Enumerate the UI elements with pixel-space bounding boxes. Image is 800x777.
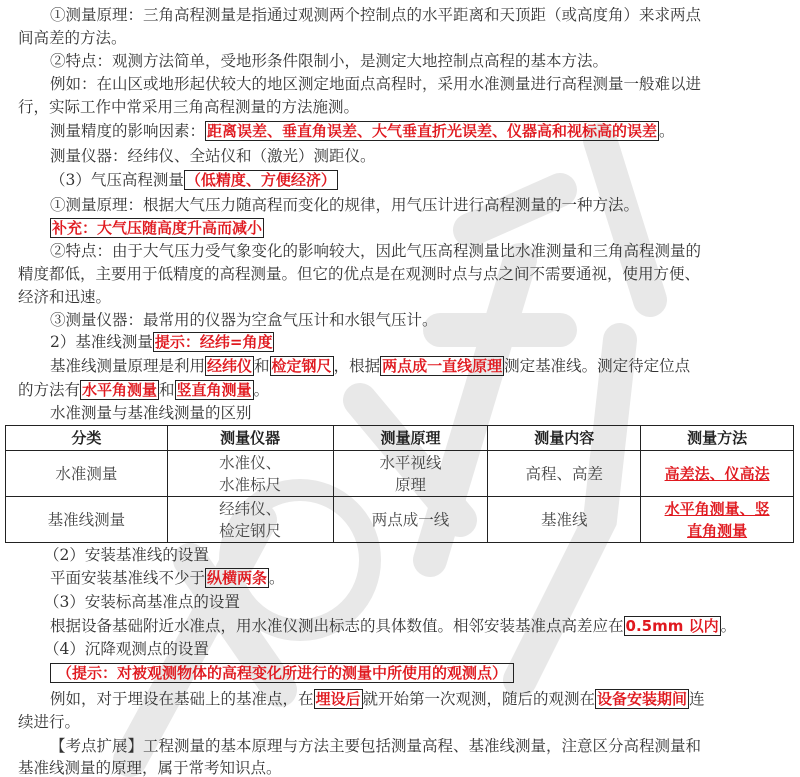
- document-page: ①测量原理：三角高程测量是指通过观测两个控制点的水平距离和天顶距（或高度角）来求…: [0, 0, 800, 777]
- text: 的方法有: [18, 381, 80, 399]
- cell-content: 高程、高差: [488, 451, 641, 497]
- settlement-hint: （提示：对被观测物体的高程变化所进行的测量中所使用的观测点）: [0, 662, 800, 684]
- paragraph-trig-example: 例如：在山区或地形起伏较大的地区测定地面点高程时，采用水准测量进行高程测量一般难…: [0, 73, 800, 95]
- paragraph-trig-principle-cont: 间高差的方法。: [0, 27, 800, 49]
- highlight-install-period: 设备安装期间: [595, 689, 689, 709]
- cell-principle: 水平视线原理: [333, 451, 488, 497]
- highlight-steel-tape: 检定钢尺: [270, 356, 334, 376]
- baseline-hint: 提示：经纬=角度: [153, 332, 275, 352]
- paragraph-settlement-example-cont: 续进行。: [0, 711, 800, 733]
- cell-line: 水平视线: [338, 452, 484, 474]
- text: 和: [254, 357, 270, 375]
- highlight-two-points-line: 两点成一直线原理: [380, 356, 504, 376]
- paragraph-trig-instruments: 测量仪器：经纬仪、全站仪和（激光）测距仪。: [0, 145, 800, 167]
- cell-instrument: 经纬仪、检定钢尺: [167, 497, 333, 543]
- heading-barometric: （3）气压高程测量（低精度、方便经济）: [0, 169, 800, 191]
- cell-type: 水准测量: [6, 451, 168, 497]
- highlight-theodolite: 经纬仪: [205, 356, 254, 376]
- text: 。: [721, 617, 737, 635]
- supplement-note: 补充：大气压随高度升高而减小: [0, 217, 800, 239]
- text: 基准线测量原理是利用: [50, 357, 205, 375]
- paragraph-baseline-methods: 的方法有水平角测量和竖直角测量。: [0, 379, 800, 401]
- cell-line: 检定钢尺: [172, 520, 329, 542]
- paragraph-elevation-benchmark: 根据设备基础附近水准点，用水准仪测出标志的具体数值。相邻安装基准点高差应在0.5…: [0, 615, 800, 637]
- paragraph-barometric-features-end: 经济和迅速。: [0, 286, 800, 308]
- text: ，根据: [334, 357, 381, 375]
- cell-method: 高差法、仪高法: [641, 451, 794, 497]
- cell-line: 水准标尺: [172, 474, 329, 496]
- comparison-table: 分类 测量仪器 测量原理 测量内容 测量方法 水准测量 水准仪、水准标尺 水平视…: [5, 425, 794, 543]
- cell-line: 水准仪、: [172, 452, 329, 474]
- highlight-after-burying: 埋设后: [314, 689, 363, 709]
- text: 。: [254, 381, 270, 399]
- heading-elevation-benchmark: （3）安装标高基准点的设置: [0, 591, 800, 613]
- precision-highlight: 距离误差、垂直角误差、大气垂直折光误差、仪器高和视标高的误差: [205, 121, 659, 141]
- table-row: 水准测量 水准仪、水准标尺 水平视线原理 高程、高差 高差法、仪高法: [6, 451, 794, 497]
- heading-barometric-title: （3）气压高程测量: [50, 171, 184, 189]
- header-content: 测量内容: [488, 426, 641, 451]
- paragraph-install-baseline: 平面安装基准线不少于纵横两条。: [0, 567, 800, 589]
- header-instrument: 测量仪器: [167, 426, 333, 451]
- precision-label: 测量精度的影响因素：: [50, 122, 205, 140]
- paragraph-precision-factors: 测量精度的影响因素：距离误差、垂直角误差、大气垂直折光误差、仪器高和视标高的误差…: [0, 120, 800, 142]
- paragraph-barometric-features: ②特点：由于大气压力受气象变化的影响较大，因此气压高程测量比水准测量和三角高程测…: [0, 240, 800, 262]
- text: 连: [689, 690, 705, 708]
- cell-principle: 两点成一线: [333, 497, 488, 543]
- text: 和: [159, 381, 175, 399]
- settlement-hint-box: （提示：对被观测物体的高程变化所进行的测量中所使用的观测点）: [50, 663, 514, 683]
- text: 就开始第一次观测，随后的观测在: [363, 690, 596, 708]
- table-header-row: 分类 测量仪器 测量原理 测量内容 测量方法: [6, 426, 794, 451]
- table-row: 基准线测量 经纬仪、检定钢尺 两点成一线 基准线 水平角测量、竖直角测量: [6, 497, 794, 543]
- paragraph-barometric-features-cont: 精度都低，主要用于低精度的高程测量。但它的优点是在观测时点与点之间不需要通视，使…: [0, 263, 800, 285]
- paragraph-trig-features: ②特点：观测方法简单，受地形条件限制小，是测定大地控制点高程的基本方法。: [0, 50, 800, 72]
- paragraph-exam-extension-cont: 基准线测量的原理，属于常考知识点。: [0, 757, 800, 777]
- paragraph-trig-principle: ①测量原理：三角高程测量是指通过观测两个控制点的水平距离和天顶距（或高度角）来求…: [0, 4, 800, 26]
- paragraph-settlement-example: 例如，对于埋设在基础上的基准点，在埋设后就开始第一次观测，随后的观测在设备安装期…: [0, 688, 800, 710]
- paragraph-trig-example-cont: 行，实际工作中常采用三角高程测量的方法施测。: [0, 96, 800, 118]
- paragraph-barometric-instruments: ③测量仪器：最常用的仪器为空盒气压计和水银气压计。: [0, 309, 800, 331]
- header-type: 分类: [6, 426, 168, 451]
- paragraph-barometric-principle: ①测量原理：根据大气压力随高程而变化的规律，用气压计进行高程测量的一种方法。: [0, 194, 800, 216]
- heading-settlement-points: （4）沉降观测点的设置: [0, 638, 800, 660]
- highlight-horizontal-angle: 水平角测量: [80, 380, 159, 400]
- header-principle: 测量原理: [333, 426, 488, 451]
- text: 。: [269, 569, 285, 587]
- heading-install-baseline: （2）安装基准线的设置: [0, 544, 800, 566]
- text: 测定基准线。测定待定位点: [504, 357, 690, 375]
- cell-line: 原理: [338, 474, 484, 496]
- cell-line: 直角测量: [645, 520, 789, 542]
- text: 例如，对于埋设在基础上的基准点，在: [50, 690, 314, 708]
- highlight-two-lines: 纵横两条: [205, 568, 269, 588]
- cell-line: 高差法、仪高法: [645, 463, 789, 485]
- text: 平面安装基准线不少于: [50, 569, 205, 587]
- cell-line: 水平角测量、竖: [645, 498, 789, 520]
- text: 根据设备基础附近水准点，用水准仪测出标志的具体数值。相邻安装基准点高差应在: [50, 617, 624, 635]
- cell-content: 基准线: [488, 497, 641, 543]
- cell-type: 基准线测量: [6, 497, 168, 543]
- highlight-vertical-angle: 竖直角测量: [175, 380, 254, 400]
- paragraph-exam-extension: 【考点扩展】工程测量的基本原理与方法主要包括测量高程、基准线测量，注意区分高程测…: [0, 735, 800, 757]
- header-method: 测量方法: [641, 426, 794, 451]
- cell-method: 水平角测量、竖直角测量: [641, 497, 794, 543]
- cell-line: 经纬仪、: [172, 498, 329, 520]
- table-caption: 水准测量与基准线测量的区别: [0, 402, 800, 424]
- highlight-tolerance: 0.5mm 以内: [624, 616, 721, 636]
- heading-baseline: 2）基准线测量提示：经纬=角度: [0, 331, 800, 353]
- cell-instrument: 水准仪、水准标尺: [167, 451, 333, 497]
- punct: 。: [659, 122, 675, 140]
- heading-baseline-title: 2）基准线测量: [50, 333, 153, 351]
- barometric-highlight: （低精度、方便经济）: [184, 170, 338, 190]
- supplement-highlight: 补充：大气压随高度升高而减小: [50, 218, 264, 238]
- paragraph-baseline-principle: 基准线测量原理是利用经纬仪和检定钢尺，根据两点成一直线原理测定基准线。测定待定位…: [0, 355, 800, 377]
